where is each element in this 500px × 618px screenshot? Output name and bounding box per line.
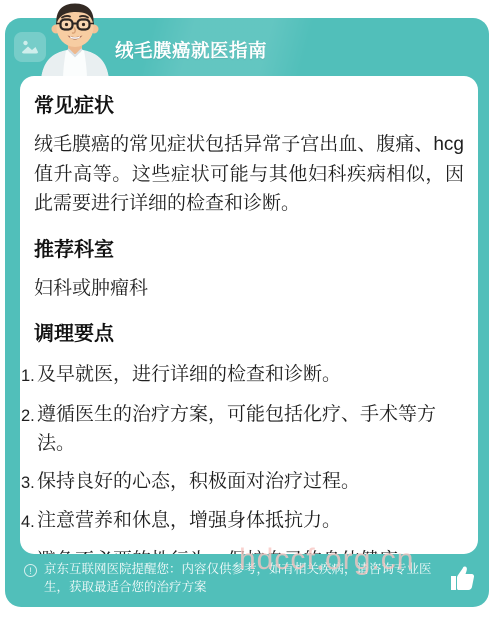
- list-item: 1. 及早就医，进行详细的检查和诊断。: [21, 360, 464, 392]
- doctor-avatar: [35, 2, 115, 80]
- department-paragraph: 妇科或肿瘤科: [34, 274, 464, 304]
- list-item-text: 保持良好的心态，积极面对治疗过程。: [37, 467, 464, 499]
- guide-header: 绒毛膜癌就医指南: [5, 18, 489, 76]
- guide-card-frame: 绒毛膜癌就医指南 常见症状 绒毛膜癌的常见症状包括异常子宫出血、腹痛、hcg值升…: [5, 18, 489, 607]
- content-card: 常见症状 绒毛膜癌的常见症状包括异常子宫出血、腹痛、hcg值升高等。这些症状可能…: [20, 76, 478, 554]
- section-heading-care: 调理要点: [34, 317, 464, 346]
- thumbs-up-icon[interactable]: [447, 562, 479, 594]
- section-heading-symptoms: 常见症状: [34, 89, 464, 118]
- info-icon: !: [24, 564, 37, 577]
- list-item-text: 注意营养和休息，增强身体抵抗力。: [37, 506, 464, 538]
- list-item-number: 1.: [21, 360, 37, 392]
- list-item-number: 3.: [21, 467, 37, 499]
- care-list: 1. 及早就医，进行详细的检查和诊断。 2. 遵循医生的治疗方案，可能包括化疗、…: [21, 360, 464, 554]
- page-title: 绒毛膜癌就医指南: [115, 37, 267, 63]
- symptoms-paragraph: 绒毛膜癌的常见症状包括异常子宫出血、腹痛、hcg值升高等。这些症状可能与其他妇科…: [34, 130, 464, 219]
- list-item-text: 遵循医生的治疗方案，可能包括化疗、手术等方法。: [37, 400, 464, 459]
- list-item: 3. 保持良好的心态，积极面对治疗过程。: [21, 467, 464, 499]
- section-heading-department: 推荐科室: [34, 233, 464, 262]
- list-item-text: 避免不必要的性行为，保护自己的身体健康。: [37, 546, 464, 555]
- disclaimer-text: 京东互联网医院提醒您：内容仅供参考，如有相关疾病，请咨询专业医生，获取最适合您的…: [44, 561, 441, 596]
- list-item-number: 4.: [21, 506, 37, 538]
- list-item: 2. 遵循医生的治疗方案，可能包括化疗、手术等方法。: [21, 400, 464, 459]
- disclaimer-footer: ! 京东互联网医院提醒您：内容仅供参考，如有相关疾病，请咨询专业医生，获取最适合…: [5, 554, 489, 607]
- list-item-number: 5.: [21, 546, 37, 555]
- list-item-text: 及早就医，进行详细的检查和诊断。: [37, 360, 464, 392]
- list-item: 4. 注意营养和休息，增强身体抵抗力。: [21, 506, 464, 538]
- list-item-number: 2.: [21, 400, 37, 459]
- list-item: 5. 避免不必要的性行为，保护自己的身体健康。: [21, 546, 464, 555]
